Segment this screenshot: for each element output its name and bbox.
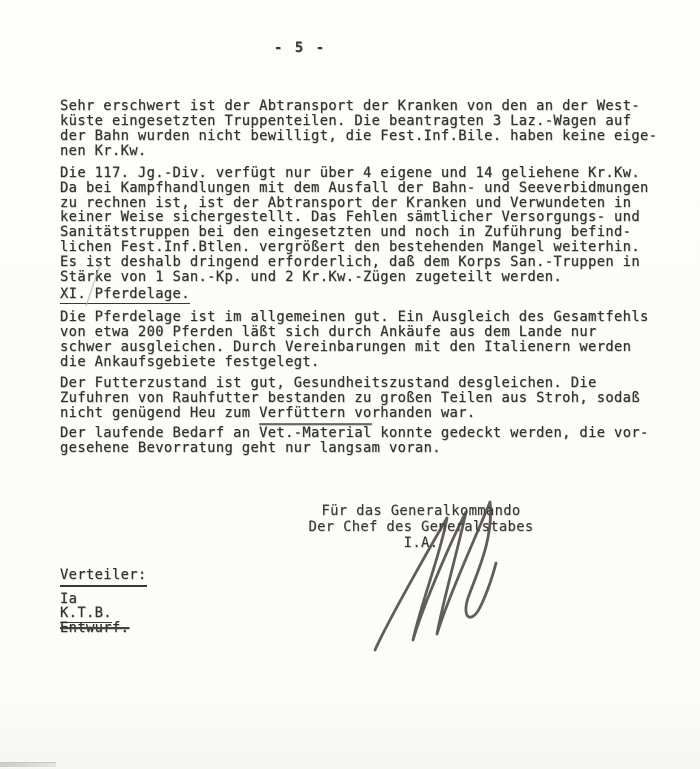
paragraph-futterzustand: Der Futterzustand ist gut, Gesundheitszu… xyxy=(60,376,640,421)
paragraph-kranken-abtransport: Sehr erschwert ist der Abtransport der K… xyxy=(60,99,657,159)
paragraph-vet-material: Der laufende Bedarf an Vet.-Material kon… xyxy=(60,426,649,456)
distribution-list-title-wrap: Verteiler: xyxy=(60,568,147,583)
scan-edge-artifact xyxy=(0,762,56,767)
page-number: - 5 - xyxy=(255,40,345,56)
vet-material-smudged-term: Vet.-Material xyxy=(259,425,372,441)
distribution-item-entwurf: Entwurf. xyxy=(60,620,129,636)
distribution-item-entwurf-wrap: Entwurf. xyxy=(60,621,129,636)
paragraph-pferdelage: Die Pferdelage ist im allgemeinen gut. E… xyxy=(60,310,649,370)
distribution-item-ktb-wrap: K.T.B. xyxy=(60,606,112,621)
scanned-document-page: - 5 - Sehr erschwert ist der Abtransport… xyxy=(0,0,700,769)
distribution-list-title: Verteiler: xyxy=(60,567,147,587)
paragraph-117-jg-div: Die 117. Jg.-Div. verfügt nur über 4 eig… xyxy=(60,166,649,284)
vet-text-before: Der laufende Bedarf an xyxy=(60,425,259,441)
handwritten-signature xyxy=(350,495,520,660)
pencil-stray-mark xyxy=(80,263,106,309)
